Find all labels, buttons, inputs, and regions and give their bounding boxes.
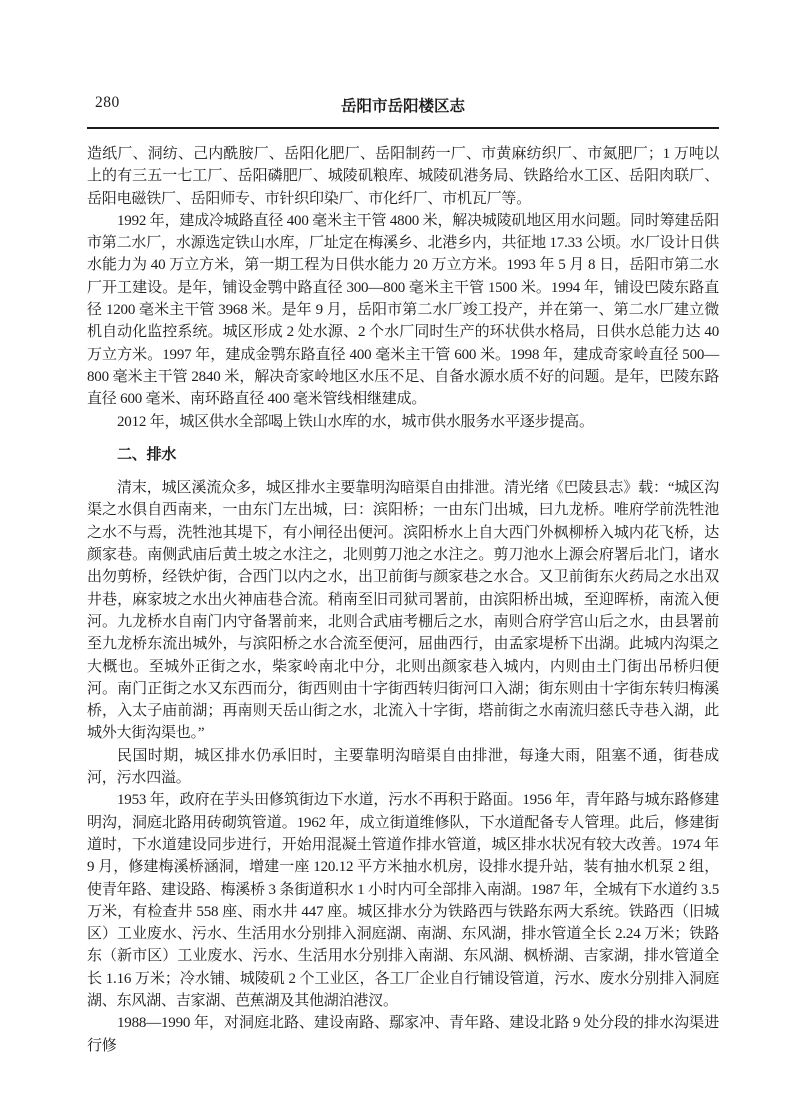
body-paragraph: 造纸厂、洞纺、己内酰胺厂、岳阳化肥厂、岳阳制药一厂、市黄麻纺织厂、市氮肥厂；1 … xyxy=(87,143,719,210)
body-paragraph: 2012 年，城区供水全部喝上铁山水库的水，城市供水服务水平逐步提高。 xyxy=(87,411,719,433)
header-rule xyxy=(87,127,719,129)
page-header: 280 岳阳市岳阳楼区志 xyxy=(87,94,719,118)
section-heading: 二、排水 xyxy=(87,444,719,466)
body-paragraph: 1953 年，政府在芋头田修筑街边下水道，污水不再积于路面。1956 年，青年路… xyxy=(87,789,719,1012)
body-paragraph: 1992 年，建成冷城路直径 400 毫米主干管 4800 米，解决城陵矶地区用… xyxy=(87,210,719,411)
book-title: 岳阳市岳阳楼区志 xyxy=(87,94,719,116)
body-text: 造纸厂、洞纺、己内酰胺厂、岳阳化肥厂、岳阳制药一厂、市黄麻纺织厂、市氮肥厂；1 … xyxy=(87,143,719,1057)
book-page: 280 岳阳市岳阳楼区志 造纸厂、洞纺、己内酰胺厂、岳阳化肥厂、岳阳制药一厂、市… xyxy=(0,0,805,1099)
page-content: 280 岳阳市岳阳楼区志 造纸厂、洞纺、己内酰胺厂、岳阳化肥厂、岳阳制药一厂、市… xyxy=(87,94,719,1057)
body-paragraph: 清末，城区溪流众多，城区排水主要靠明沟暗渠自由排泄。清光绪《巴陵县志》载：“城区… xyxy=(87,477,719,745)
body-paragraph: 民国时期，城区排水仍承旧时，主要靠明沟暗渠自由排泄，每逢大雨，阻塞不通，街巷成河… xyxy=(87,745,719,790)
body-paragraph: 1988—1990 年，对洞庭北路、建设南路、鄢家冲、青年路、建设北路 9 处分… xyxy=(87,1012,719,1057)
